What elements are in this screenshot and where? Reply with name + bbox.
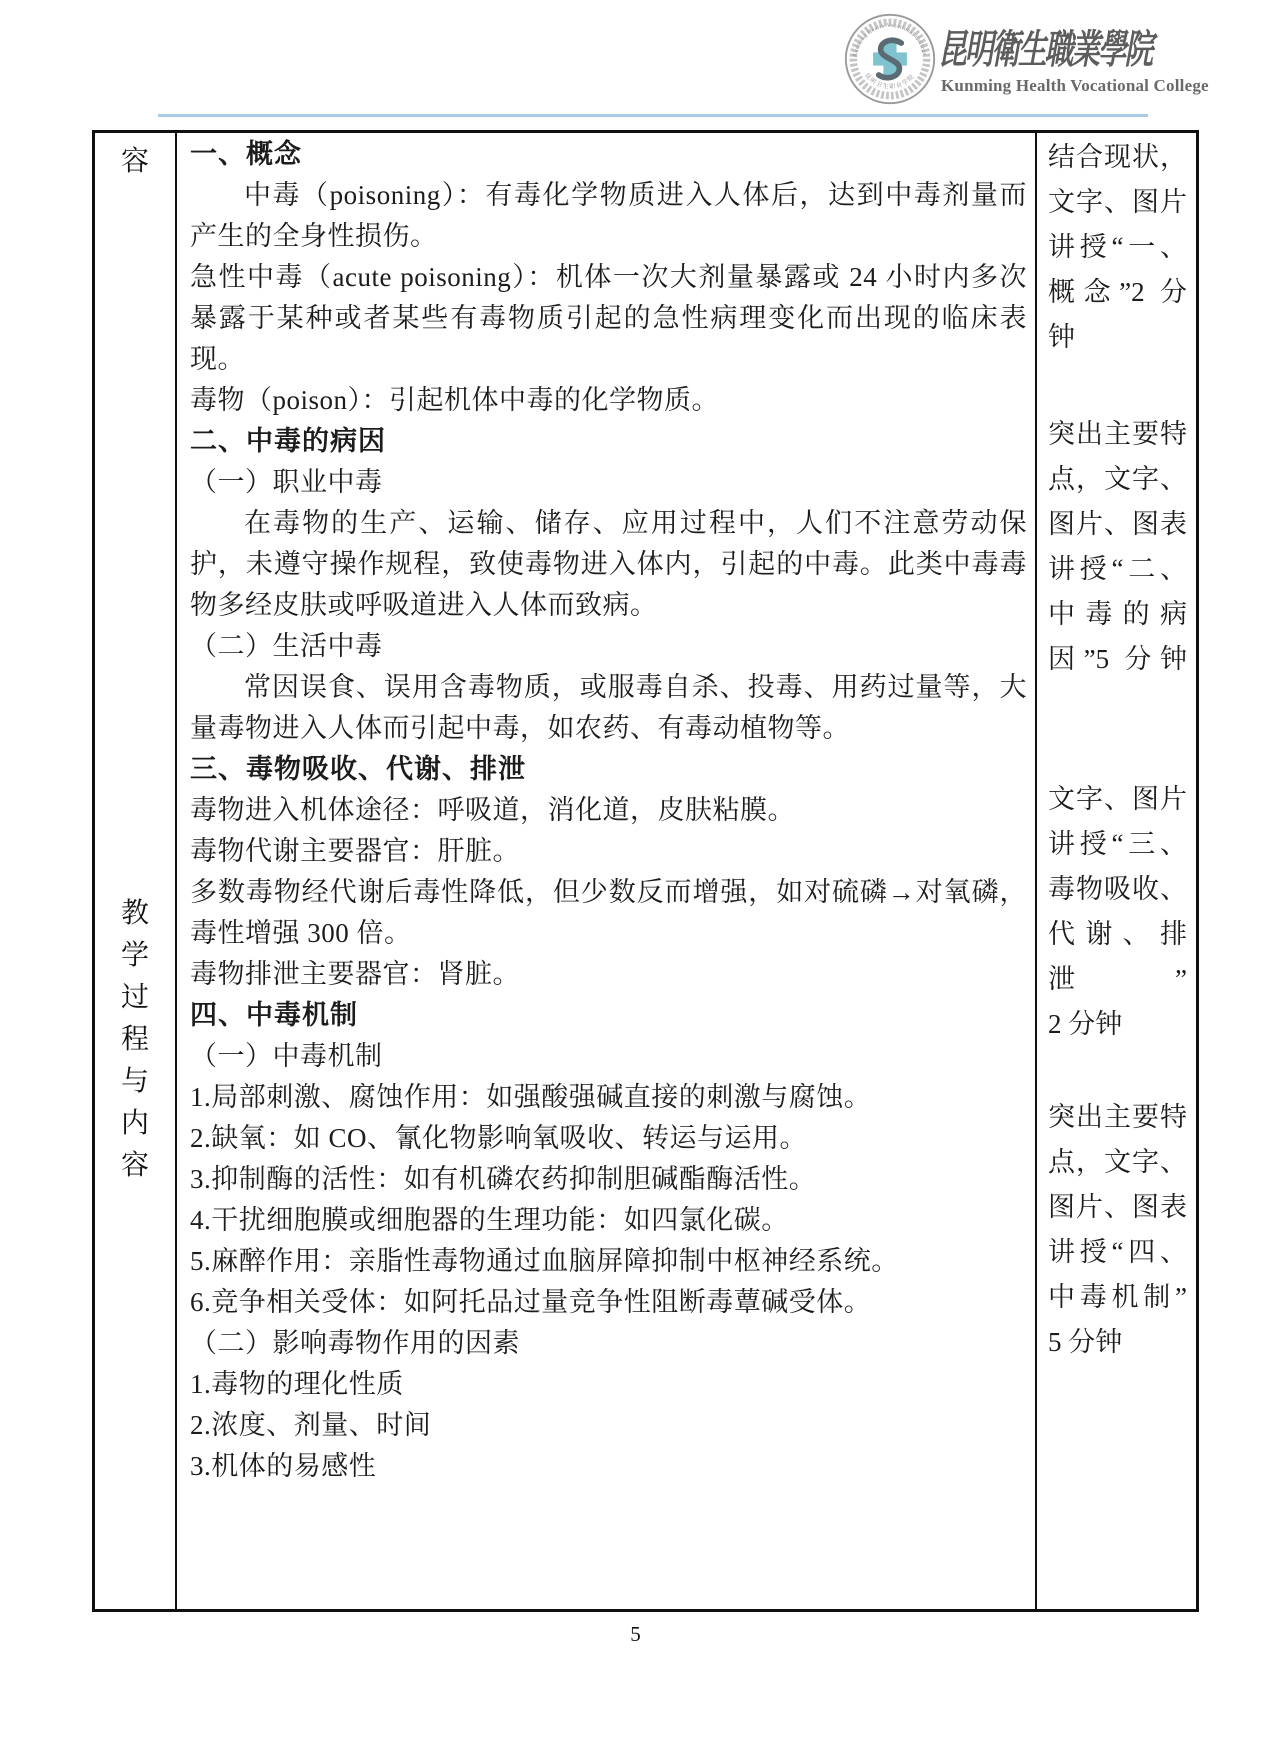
content-paragraph: 多数毒物经代谢后毒性降低，但少数反而增强，如对硫磷→对氧磷，毒性增强 300 倍…: [190, 872, 1027, 954]
notes-block: 结合现状，文字、图片讲授“一、概念”2 分钟: [1048, 135, 1187, 360]
content-paragraph: 6.竞争相关受体：如阿托品过量竞争性阻断毒蕈碱受体。: [190, 1282, 1027, 1323]
notes-line: 突出主要特: [1048, 1095, 1187, 1140]
notes-line: 讲授“三、: [1048, 822, 1187, 867]
notes-line: 概念”2 分钟: [1048, 270, 1187, 360]
content-paragraph: 毒物排泄主要器官：肾脏。: [190, 954, 1027, 995]
content-paragraph: （二）影响毒物作用的因素: [190, 1323, 1027, 1364]
content-paragraph: （一）中毒机制: [190, 1036, 1027, 1077]
vertical-label-char: 容: [95, 1145, 175, 1187]
notes-line: 因”5 分钟: [1048, 637, 1187, 682]
row-header-cell: 容 教学过程与内容: [95, 133, 177, 1609]
notes-line: 5 分钟: [1048, 1320, 1187, 1365]
notes-line: 讲授“四、: [1048, 1230, 1187, 1275]
notes-line: 讲授“一、: [1048, 225, 1187, 270]
vertical-label-char: 与: [95, 1061, 175, 1103]
teaching-content-cell: 一、概念中毒（poisoning）：有毒化学物质进入人体后，达到中毒剂量而产生的…: [177, 133, 1037, 1609]
content-paragraph: 1.局部刺激、腐蚀作用：如强酸强碱直接的刺激与腐蚀。: [190, 1077, 1027, 1118]
content-paragraph: 2.缺氧：如 CO、氰化物影响氧吸收、转运与运用。: [190, 1118, 1027, 1159]
notes-line: 文字、图片: [1048, 180, 1187, 225]
notes-line: 讲授“二、: [1048, 547, 1187, 592]
college-name-english: Kunming Health Vocational College: [941, 76, 1209, 96]
content-section-heading: 四、中毒机制: [190, 995, 1027, 1036]
notes-line: 文字、图片: [1048, 777, 1187, 822]
content-flow: 一、概念中毒（poisoning）：有毒化学物质进入人体后，达到中毒剂量而产生的…: [190, 133, 1027, 1487]
notes-block: 文字、图片讲授“三、毒物吸收、代谢、排泄”2 分钟: [1048, 777, 1187, 1047]
content-paragraph: 急性中毒（acute poisoning）：机体一次大剂量暴露或 24 小时内多…: [190, 257, 1027, 380]
content-section-heading: 三、毒物吸收、代谢、排泄: [190, 749, 1027, 790]
notes-line: 图片、图表: [1048, 1185, 1187, 1230]
content-paragraph: 常因误食、误用含毒物质，或服毒自杀、投毒、用药过量等，大量毒物进入人体而引起中毒…: [190, 667, 1027, 749]
vertical-label-char: 教: [95, 893, 175, 935]
seal-graphic: Kunming Health Vocational College 昆明卫生职业…: [843, 12, 937, 106]
vertical-label-char: 程: [95, 1019, 175, 1061]
content-paragraph: 毒物进入机体途径：呼吸道，消化道，皮肤粘膜。: [190, 790, 1027, 831]
content-paragraph: 毒物（poison）：引起机体中毒的化学物质。: [190, 380, 1027, 421]
content-paragraph: 3.抑制酶的活性：如有机磷农药抑制胆碱酯酶活性。: [190, 1159, 1027, 1200]
notes-line: 中毒机制”: [1048, 1275, 1187, 1320]
content-section-heading: 二、中毒的病因: [190, 421, 1027, 462]
content-paragraph: 毒物代谢主要器官：肝脏。: [190, 831, 1027, 872]
notes-line: 代谢、排泄”: [1048, 912, 1187, 1002]
notes-line: 2 分钟: [1048, 1002, 1187, 1047]
notes-line: 结合现状，: [1048, 135, 1187, 180]
content-paragraph: 在毒物的生产、运输、储存、应用过程中，人们不注意劳动保护，未遵守操作规程，致使毒…: [190, 503, 1027, 626]
vertical-label-char: 过: [95, 977, 175, 1019]
content-paragraph: 5.麻醉作用：亲脂性毒物通过血脑屏障抑制中枢神经系统。: [190, 1241, 1027, 1282]
content-paragraph: 中毒（poisoning）：有毒化学物质进入人体后，达到中毒剂量而产生的全身性损…: [190, 175, 1027, 257]
notes-line: 点，文字、: [1048, 457, 1187, 502]
content-section-heading: 一、概念: [190, 134, 1027, 175]
vertical-label-char: 内: [95, 1103, 175, 1145]
document-page: Kunming Health Vocational College 昆明卫生职业…: [0, 0, 1271, 1763]
notes-block: 突出主要特点，文字、图片、图表讲授“四、中毒机制”5 分钟: [1048, 1095, 1187, 1365]
notes-line: 中毒的病: [1048, 592, 1187, 637]
header-divider-line: [158, 114, 1148, 117]
notes-line: 图片、图表: [1048, 502, 1187, 547]
content-paragraph: 1.毒物的理化性质: [190, 1364, 1027, 1405]
notes-line: 点，文字、: [1048, 1140, 1187, 1185]
row-header-top-char: 容: [95, 139, 175, 179]
vertical-label-char: 学: [95, 935, 175, 977]
content-paragraph: 3.机体的易感性: [190, 1446, 1027, 1487]
content-paragraph: （一）职业中毒: [190, 462, 1027, 503]
content-paragraph: 4.干扰细胞膜或细胞器的生理功能：如四氯化碳。: [190, 1200, 1027, 1241]
lesson-plan-table: 容 教学过程与内容 一、概念中毒（poisoning）：有毒化学物质进入人体后，…: [92, 130, 1199, 1612]
content-paragraph: （二）生活中毒: [190, 626, 1027, 667]
college-name-calligraphy: 昆明衛生職業學院: [938, 18, 1154, 70]
teaching-method-notes-cell: 结合现状，文字、图片讲授“一、概念”2 分钟突出主要特点，文字、图片、图表讲授“…: [1037, 133, 1196, 1609]
page-number: 5: [0, 1622, 1271, 1647]
row-header-vertical-label: 教学过程与内容: [95, 893, 175, 1187]
notes-block: 突出主要特点，文字、图片、图表讲授“二、中毒的病因”5 分钟: [1048, 412, 1187, 682]
page-header: Kunming Health Vocational College 昆明卫生职业…: [0, 0, 1271, 116]
notes-line: 突出主要特: [1048, 412, 1187, 457]
college-seal-icon: Kunming Health Vocational College 昆明卫生职业…: [843, 12, 937, 106]
notes-line: 毒物吸收、: [1048, 867, 1187, 912]
content-paragraph: 2.浓度、剂量、时间: [190, 1405, 1027, 1446]
